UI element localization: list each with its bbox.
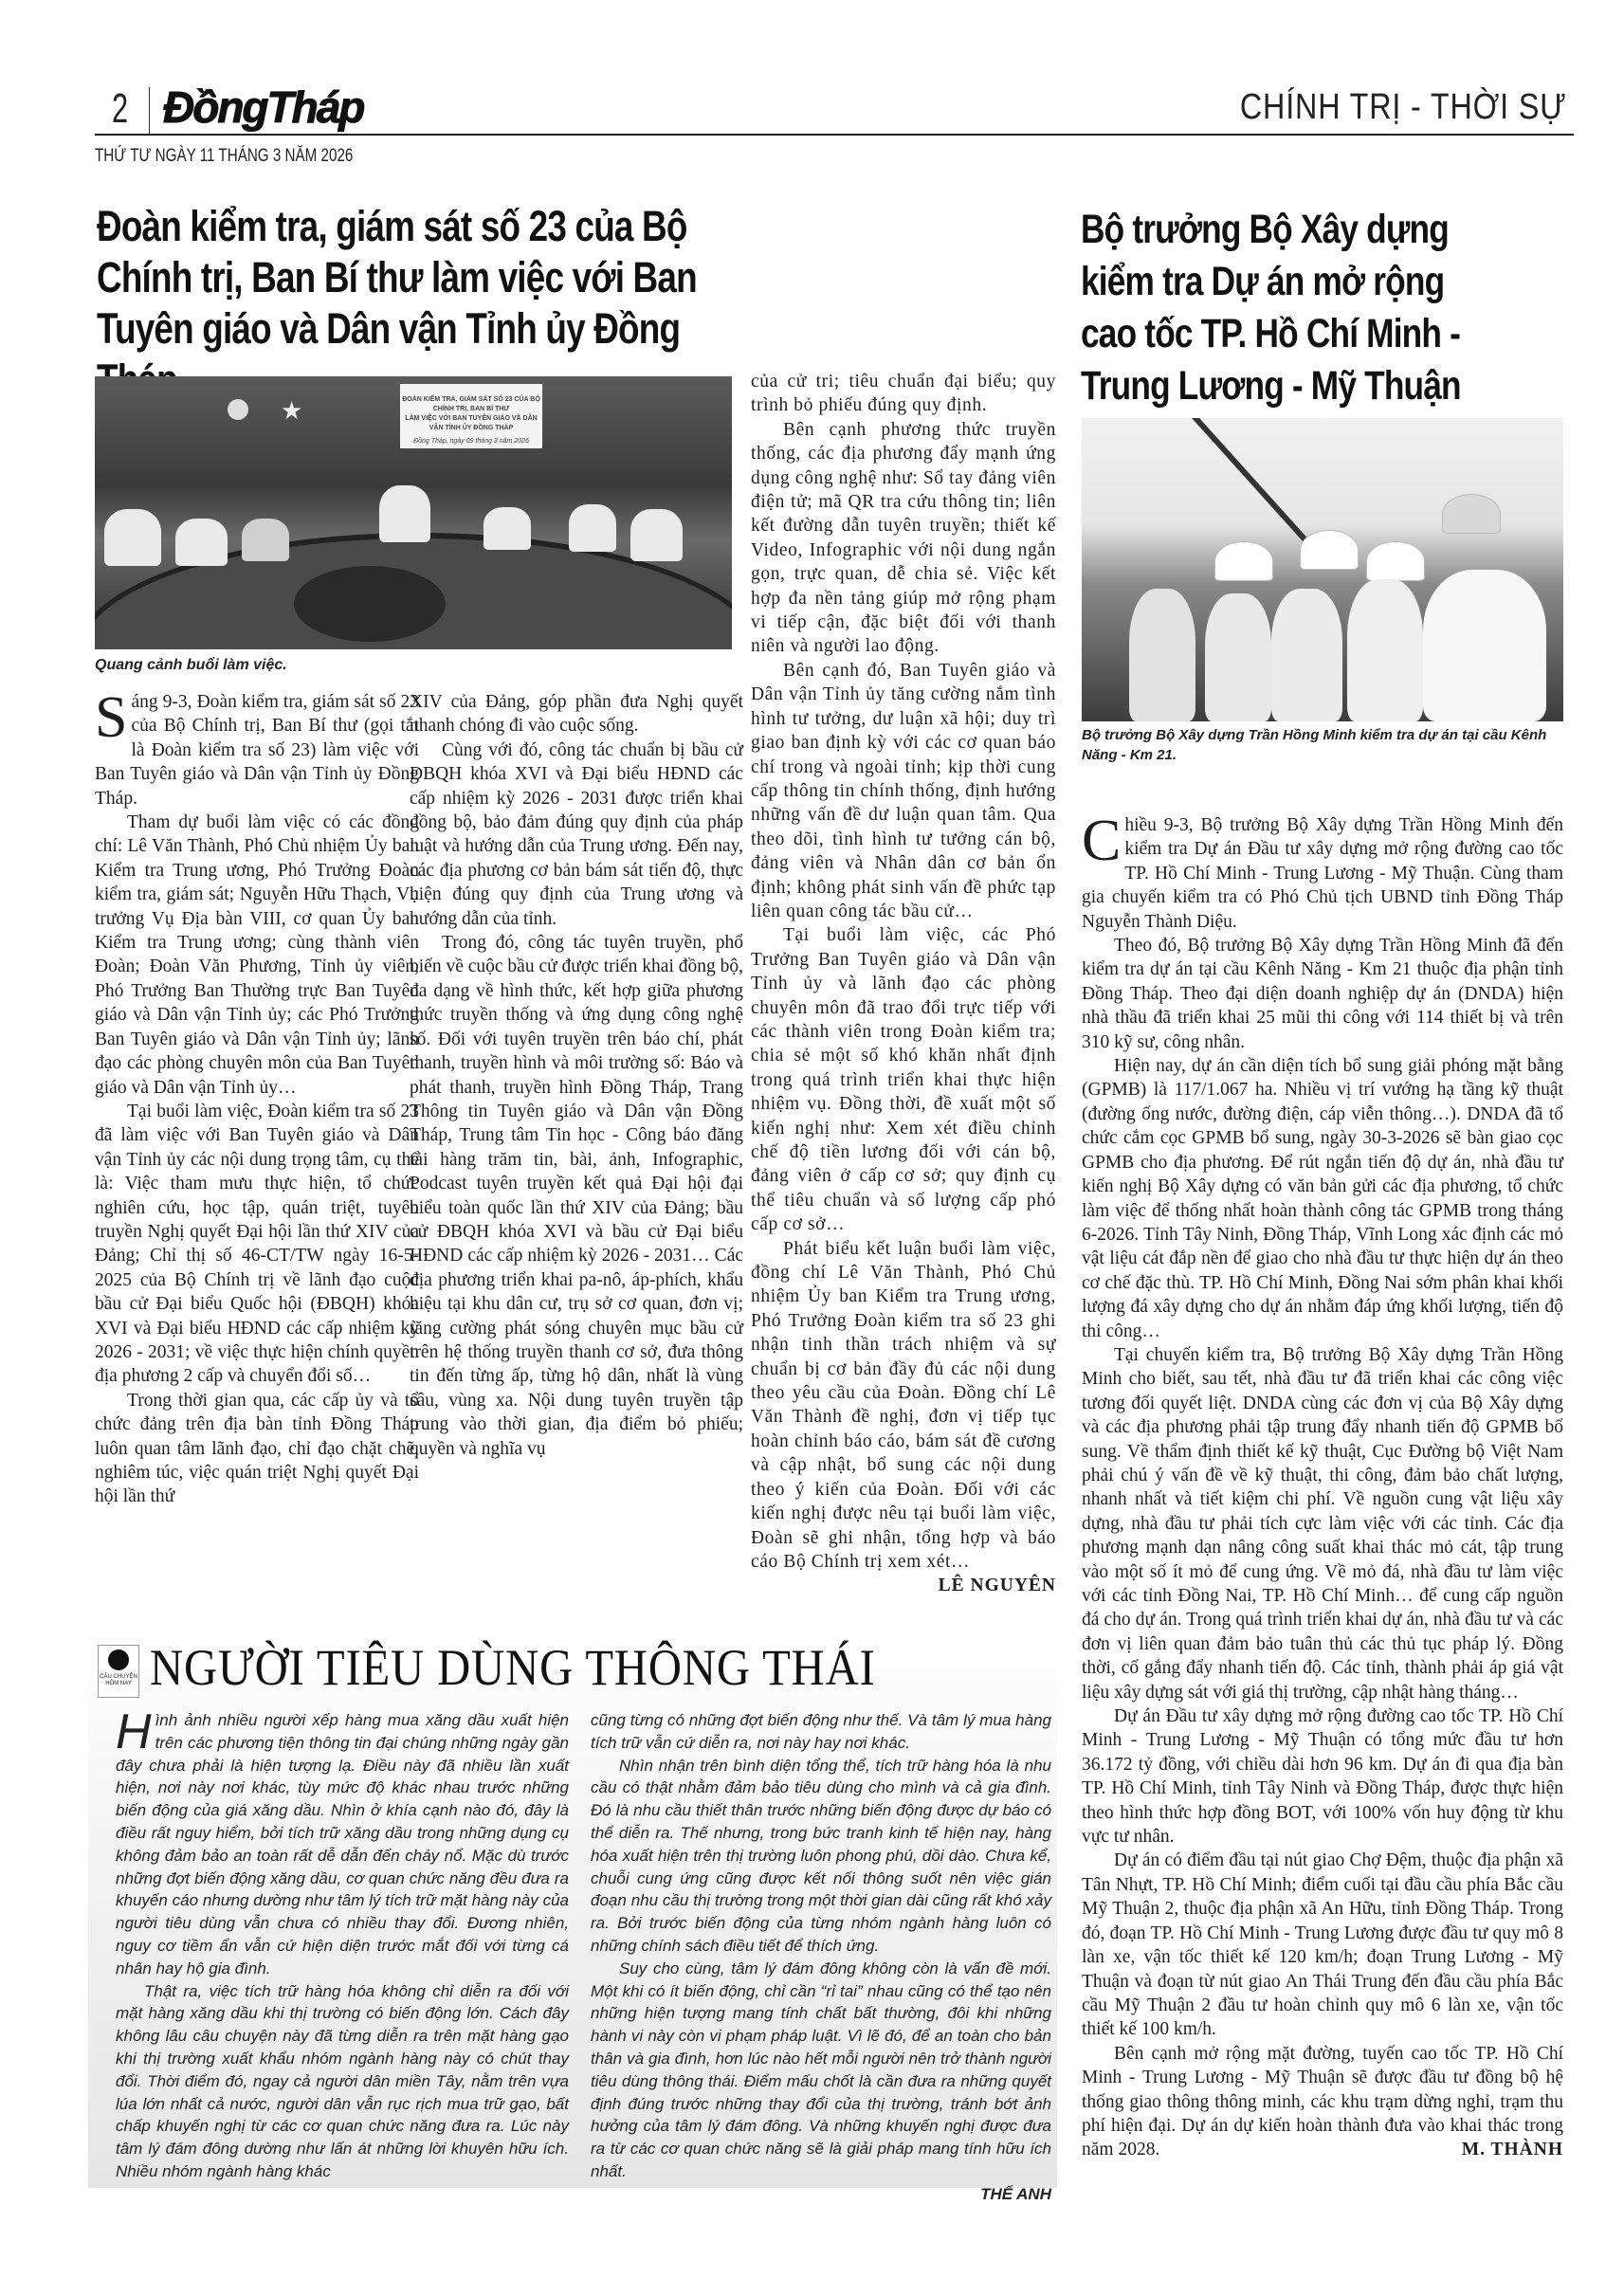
- article1-column-3: của cử tri; tiêu chuẩn đại biểu; quy trì…: [751, 370, 1056, 1598]
- editorial-paragraph: Hình ảnh nhiều người xếp hàng mua xăng d…: [116, 1709, 569, 1980]
- editorial-logo-label: CÂU CHUYỆN HÔM NAY: [99, 1674, 138, 1687]
- article2-paragraph: Theo đó, Bộ trưởng Bộ Xây dựng Trần Hồng…: [1082, 934, 1563, 1054]
- person-shape: [1347, 579, 1423, 721]
- person-shape: [1423, 570, 1546, 721]
- article2-body: Chiều 9-3, Bộ trưởng Bộ Xây dựng Trần Hồ…: [1082, 813, 1563, 2162]
- article1-byline: LÊ NGUYÊN: [751, 1574, 1056, 1597]
- person-shape: [1205, 593, 1271, 721]
- helmet-icon: [1442, 494, 1501, 534]
- editorial-paragraph: Thật ra, việc tích trữ hàng hóa không ch…: [116, 1980, 569, 2183]
- article1-paragraph: Phát biểu kết luận buổi làm việc, đồng c…: [751, 1237, 1056, 1575]
- helmet-icon: [1214, 541, 1273, 581]
- article1-paragraph: của cử tri; tiêu chuẩn đại biểu; quy trì…: [751, 370, 1056, 418]
- flower-arrangement-shape: [294, 566, 446, 642]
- person-shape: [569, 504, 616, 552]
- person-shape: [242, 519, 289, 561]
- article1-column-1: Sáng 9-3, Đoàn kiểm tra, giám sát số 23 …: [95, 690, 419, 1509]
- helmet-icon: [1300, 530, 1359, 570]
- article1-paragraph: Trong đó, công tác tuyên truyền, phổ biế…: [410, 931, 743, 1461]
- editorial-paragraph: Nhìn nhận trên bình diện tổng thể, tích …: [591, 1755, 1051, 1958]
- banner-line3: Đồng Tháp, ngày 09 tháng 3 năm 2026: [400, 437, 542, 446]
- article1-paragraph: Bên cạnh phương thức truyền thống, các đ…: [751, 418, 1056, 659]
- editorial-column-1: Hình ảnh nhiều người xếp hàng mua xăng d…: [116, 1709, 569, 2183]
- newspaper-logo: ĐồngTháp: [163, 82, 363, 133]
- person-shape: [379, 485, 430, 542]
- article1-paragraph: XIV của Đảng, góp phần đưa Nghị quyết nh…: [410, 690, 743, 738]
- person-shape: [484, 507, 531, 550]
- editorial-paragraph: Suy cho cùng, tâm lý đám đông không còn …: [591, 1958, 1051, 2183]
- page-number: 2: [112, 85, 128, 133]
- editorial-column-logo: CÂU CHUYỆN HÔM NAY: [98, 1645, 139, 1698]
- editorial-byline: THẾ ANH: [591, 2183, 1051, 2206]
- person-shape: [1129, 589, 1195, 721]
- article1-paragraph: Tham dự buổi làm việc có các đồng chí: L…: [95, 811, 419, 1100]
- editorial-column-2: cũng từng có những đợt biến động như thế…: [591, 1709, 1051, 2206]
- article1-column-2: XIV của Đảng, góp phần đưa Nghị quyết nh…: [410, 690, 743, 1461]
- person-shape: [175, 519, 228, 566]
- article1-photo-meeting: ĐOÀN KIỂM TRA, GIÁM SÁT SỐ 23 CỦA BỘ CHÍ…: [95, 376, 732, 649]
- article1-paragraph: Sáng 9-3, Đoàn kiểm tra, giám sát số 23 …: [95, 690, 419, 811]
- masthead-divider: [149, 87, 150, 135]
- article2-paragraph: Dự án có điểm đầu tại nút giao Chợ Đệm, …: [1082, 1849, 1563, 2041]
- star-icon: ★: [281, 397, 302, 426]
- editorial-paragraph: cũng từng có những đợt biến động như thế…: [591, 1709, 1051, 1755]
- party-emblem-icon: [228, 399, 248, 420]
- drop-cap: S: [95, 694, 127, 741]
- drop-cap: C: [1082, 817, 1121, 865]
- article2-paragraph: Chiều 9-3, Bộ trưởng Bộ Xây dựng Trần Hồ…: [1082, 813, 1563, 934]
- person-shape: [104, 509, 161, 566]
- section-title: CHÍNH TRỊ - THỜI SỰ: [1240, 87, 1567, 128]
- article2-photo-caption: Bộ trưởng Bộ Xây dựng Trần Hồng Minh kiể…: [1082, 725, 1563, 765]
- article2-byline: M. THÀNH: [1430, 2138, 1563, 2161]
- person-shape: [1271, 589, 1342, 721]
- article2-paragraph: Tại chuyến kiểm tra, Bộ trưởng Bộ Xây dự…: [1082, 1343, 1563, 1704]
- article2-paragraph: Hiện nay, dự án cần diện tích bổ sung gi…: [1082, 1054, 1563, 1343]
- issue-date: THỨ TƯ NGÀY 11 THÁNG 3 NĂM 2026: [95, 146, 353, 167]
- editorial-title: NGƯỜI TIÊU DÙNG THÔNG THÁI: [150, 1638, 876, 1697]
- article1-paragraph: Trong thời gian qua, các cấp ủy và tổ ch…: [95, 1389, 419, 1509]
- drop-cap: H: [116, 1711, 152, 1753]
- helmet-icon: [1366, 541, 1425, 581]
- article1-paragraph: Bên cạnh đó, Ban Tuyên giáo và Dân vận T…: [751, 659, 1056, 923]
- masthead-rule: [95, 134, 1574, 136]
- photo-banner: ĐOÀN KIỂM TRA, GIÁM SÁT SỐ 23 CỦA BỘ CHÍ…: [400, 384, 542, 448]
- banner-line2: LÀM VIỆC VỚI BAN TUYÊN GIÁO VÀ DÂN VẬN T…: [400, 414, 542, 433]
- article1-photo-caption: Quang cảnh buổi làm việc.: [95, 657, 287, 674]
- article2-photo-inspection: [1082, 418, 1563, 721]
- banner-line1: ĐOÀN KIỂM TRA, GIÁM SÁT SỐ 23 CỦA BỘ CHÍ…: [400, 395, 542, 414]
- article1-paragraph: Tại buổi làm việc, các Phó Trưởng Ban Tu…: [751, 923, 1056, 1236]
- article2-headline: Bộ trưởng Bộ Xây dựng kiểm tra Dự án mở …: [1081, 204, 1501, 412]
- article2-paragraph: Bên cạnh mở rộng mặt đường, tuyến cao tố…: [1082, 2042, 1563, 2162]
- article2-paragraph: Dự án Đầu tư xây dựng mở rộng đường cao …: [1082, 1704, 1563, 1849]
- person-shape: [630, 509, 683, 561]
- article1-headline: Đoàn kiểm tra, giám sát số 23 của Bộ Chí…: [97, 201, 765, 406]
- globe-pen-icon: [108, 1649, 129, 1670]
- article1-paragraph: Tại buổi làm việc, Đoàn kiểm tra số 23 đ…: [95, 1100, 419, 1389]
- article1-paragraph: Cùng với đó, công tác chuẩn bị bầu cử ĐB…: [410, 738, 743, 931]
